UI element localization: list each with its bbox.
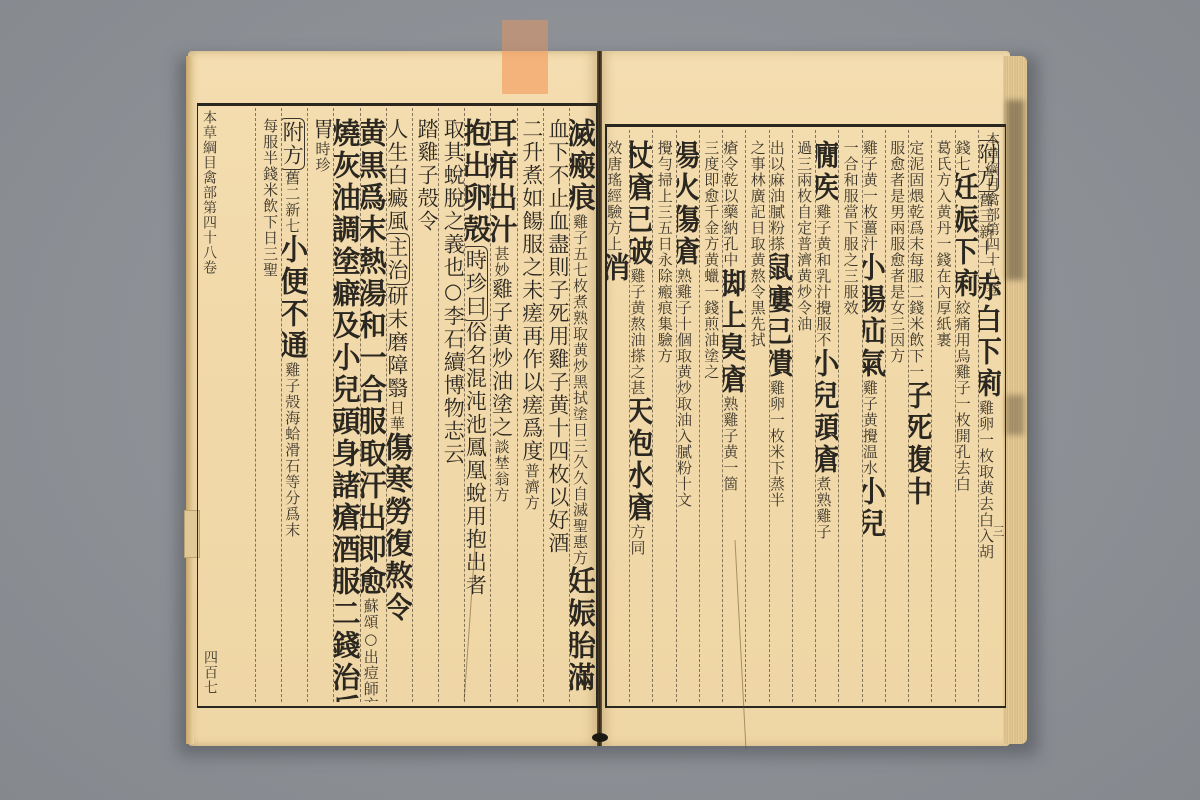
text-column: 二升煮如餳服之未瘥再作以瘥爲度普濟方 — [517, 108, 543, 702]
text-column: 血下不止血盡則子死用雞子黄十四枚以好酒 — [543, 108, 569, 702]
text-column: 服愈者是男兩服愈者是女三因方 — [885, 130, 908, 702]
text-segment: 過三兩枚自定 — [795, 140, 813, 236]
text-segment: 千金方 — [702, 204, 720, 252]
text-segment: 俗名混沌池鳳凰蛻用抱出者 — [464, 321, 487, 597]
section-label: 附方 — [978, 140, 999, 192]
entry-heading: 湯火傷瘡 — [676, 140, 699, 268]
text-segment: 之 — [749, 140, 767, 156]
text-segment: 聖惠方 — [571, 518, 589, 566]
text-segment: 熟雞子十個取黄炒取油入膩粉十文 — [676, 268, 693, 508]
left-margin-page-number: 四百七 — [200, 650, 220, 695]
text-column: 踏雞子殻令 — [412, 108, 438, 702]
text-segment: 普濟 — [795, 236, 813, 268]
entry-heading: 脚上臭瘡 — [722, 268, 745, 396]
fore-edge-stain — [1006, 395, 1024, 435]
entry-heading: 消 — [606, 252, 629, 284]
text-segment: 雞子黄炒油塗之 — [490, 278, 513, 439]
text-segment: 舊二新七 — [283, 170, 301, 234]
text-segment: 日取黄熬令黒先拭 — [749, 220, 767, 348]
entry-heading: 黄黒爲末熱湯和一合服取汗出即愈 — [360, 118, 386, 598]
text-column: 定泥固煨乾爲末每服二錢米飲下一子死腹中 — [908, 130, 931, 702]
text-segment: 雞子黄攪温水 — [862, 380, 879, 476]
text-column: 燒灰油調塗癖及小兒頭身諸瘡酒服二錢治反 — [333, 108, 359, 702]
text-column: 抱出卵殻時珍曰俗名混沌池鳳凰蛻用抱出者 — [464, 108, 490, 702]
text-column: 附方舊三新十一赤白下痢雞卵一枚取黄去白入胡 — [978, 130, 1001, 702]
text-segment: 定泥固煨乾爲末每服二錢米飲下一 — [908, 140, 925, 380]
text-segment: 日華 — [388, 400, 406, 432]
text-segment: 血下不止血盡則子死用雞子黄十四枚以好酒 — [546, 118, 569, 555]
entry-heading: 赤白下痢 — [978, 272, 1001, 400]
text-column: 過三兩枚自定普濟黄炒令油 — [792, 130, 815, 702]
text-column: 一合和服當下服之三服效 — [838, 130, 861, 702]
text-column: 取其蛻脫之義也○李石續博物志云 — [438, 108, 464, 702]
entry-heading: 鼠瘻已潰 — [769, 252, 792, 380]
text-segment: 雞子黄一枚薑汁 — [862, 140, 879, 252]
text-column: 黄黒爲末熱湯和一合服取汗出即愈蘇頌○出痘師方 — [360, 108, 386, 702]
text-column: 三度即愈千金方黄蠟一錢煎油塗之 — [699, 130, 722, 702]
text-column: 每服半錢米飲下日三聖 — [255, 108, 281, 702]
entry-heading: 妊娠下痢 — [955, 172, 978, 300]
text-column: 耳疳出汁甚妙雞子黄炒油塗之談埜翁方 — [490, 108, 516, 702]
text-segment: 甚妙 — [493, 246, 511, 278]
text-column: 效唐瑤經驗方上消 — [606, 130, 629, 702]
entry-heading: 癇疾 — [815, 140, 838, 204]
text-segment: 服愈者是男兩服愈者是女 — [888, 140, 906, 316]
text-column: 攪勻掃上三五日永除瘢痕集驗方 — [652, 130, 675, 702]
text-segment: 雞子五七枚煮熟取黄炒黑拭 — [571, 214, 589, 406]
text-column: 杖瘡已破雞子黄熬油搽之甚天泡水瘡方同 — [629, 130, 652, 702]
entry-heading: 杖瘡已破 — [629, 140, 652, 268]
entry-heading: 子死腹中 — [908, 380, 931, 508]
entry-heading: 小兒 — [862, 476, 885, 540]
text-segment: 黄蠟一錢煎油塗之 — [702, 252, 720, 380]
text-segment: 出以麻油膩粉搽 — [769, 140, 786, 252]
entry-heading: 抱出卵殻 — [464, 118, 490, 246]
entry-heading: 耳疳出汁 — [490, 118, 516, 246]
entry-heading: 滅瘢痕 — [569, 118, 595, 214]
text-segment: 攪勻掃上三五日永除瘢痕 — [656, 140, 674, 316]
entry-heading: 天泡水瘡 — [629, 396, 652, 524]
binding-hole — [592, 733, 608, 742]
left-page-edge — [186, 56, 194, 744]
text-segment: 黄炒令油 — [795, 268, 813, 332]
text-segment: 三度即愈 — [702, 140, 720, 204]
text-segment: 每服半錢米飲下日三 — [261, 118, 279, 262]
text-segment: 事林廣記 — [749, 156, 767, 220]
text-segment: 雞卵一枚米下蒸半 — [769, 380, 786, 508]
text-column: 滅瘢痕雞子五七枚煮熟取黄炒黑拭塗日三久久自滅聖惠方妊娠胎滿 — [569, 108, 595, 702]
text-segment: 雞子黄和乳汁攪服不 — [815, 204, 832, 348]
text-segment: 入黄丹一錢在內厚紙裹 — [935, 188, 953, 348]
text-segment: 雞子黄熬油搽之甚 — [629, 268, 646, 396]
section-label: 附方 — [281, 118, 305, 170]
text-segment: 服之三服效 — [842, 236, 860, 316]
entry-heading: 妊娠胎滿 — [569, 566, 595, 694]
text-segment: 聖 — [261, 262, 279, 278]
text-segment: 一合和服當下 — [842, 140, 860, 236]
left-margin-title: 本草綱目禽部第四十八卷 — [199, 110, 219, 410]
text-column: 湯火傷瘡熟雞子十個取黄炒取油入膩粉十文 — [676, 130, 699, 702]
fore-edge-stain — [1006, 100, 1024, 280]
text-segment: 胃 — [310, 118, 333, 141]
text-segment: 方同 — [629, 524, 646, 556]
entry-heading: 小腸疝氣 — [862, 252, 885, 380]
entry-heading: 小兒頭瘡 — [815, 348, 838, 476]
text-column: 出以麻油膩粉搽鼠瘻已潰雞卵一枚米下蒸半 — [769, 130, 792, 702]
text-segment: 唐瑤經驗方 — [606, 156, 623, 236]
section-label: 主治 — [386, 233, 410, 285]
text-segment: 瘡令乾以藥納孔中 — [722, 140, 739, 268]
text-segment: 葛氏方 — [935, 140, 953, 188]
text-segment: 談埜翁方 — [493, 439, 511, 503]
text-column: 錢七妊娠下痢絞痛用烏雞子一枚開孔去白 — [955, 130, 978, 702]
text-segment: 效 — [606, 140, 623, 156]
text-segment: 時珍 — [313, 141, 331, 173]
right-page-columns: 附方舊三新十一赤白下痢雞卵一枚取黄去白入胡錢七妊娠下痢絞痛用烏雞子一枚開孔去白葛… — [606, 130, 1001, 702]
text-segment: 舊三新十一 — [978, 192, 995, 272]
text-segment: 蘇頌○出 — [362, 598, 380, 665]
text-segment: 雞卵一枚取黄去白入胡 — [978, 400, 995, 560]
text-segment: 踏雞子殻令 — [415, 118, 438, 233]
text-segment: 塗日三久久自滅 — [571, 406, 589, 518]
collection-seal-stamp-lower — [502, 52, 548, 94]
text-segment: 普濟方 — [523, 463, 541, 511]
text-segment: 煮熟雞子 — [815, 476, 832, 540]
text-column: 瘡令乾以藥納孔中脚上臭瘡熟雞子黄一箇 — [722, 130, 745, 702]
left-page-columns: 滅瘢痕雞子五七枚煮熟取黄炒黑拭塗日三久久自滅聖惠方妊娠胎滿血下不止血盡則子死用雞… — [255, 108, 595, 702]
text-segment: 絞痛用烏雞子一枚開孔去白 — [955, 300, 972, 492]
text-segment: 三因方 — [888, 316, 906, 364]
section-label: 時珍曰 — [464, 246, 488, 321]
text-segment: 研末磨障翳 — [386, 285, 409, 400]
text-column: 之事林廣記日取黄熬令黒先拭 — [745, 130, 768, 702]
text-segment: 熟雞子黄一箇 — [722, 396, 739, 492]
text-segment: 人生白癜風 — [386, 118, 409, 233]
text-column: 葛氏方入黄丹一錢在內厚紙裹 — [931, 130, 954, 702]
text-column: 人生白癜風主治研末磨障翳日華傷寒勞復熬令 — [386, 108, 412, 702]
text-segment: 錢七 — [955, 140, 972, 172]
text-segment: 集驗方 — [656, 316, 674, 364]
entry-heading: 小便不通 — [281, 234, 307, 362]
text-segment: 痘師方 — [362, 665, 380, 702]
text-column: 附方舊二新七小便不通雞子殻海蛤滑石等分爲末 — [281, 108, 307, 702]
text-column: 胃時珍 — [307, 108, 333, 702]
entry-heading: 燒灰油調塗癖及小兒頭身諸瘡酒服二錢治反 — [333, 118, 359, 702]
entry-heading: 傷寒勞復熬令 — [386, 432, 412, 624]
text-segment: 雞子殻海蛤滑石等分爲末 — [283, 362, 301, 538]
text-column: 癇疾雞子黄和乳汁攪服不小兒頭瘡煮熟雞子 — [815, 130, 838, 702]
text-segment: 二升煮如餳服之未瘥再作以瘥爲度 — [520, 118, 543, 463]
text-segment: 上 — [606, 236, 623, 252]
text-column: 雞子黄一枚薑汁小腸疝氣雞子黄攪温水小兒 — [862, 130, 885, 702]
text-segment: 取其蛻脫之義也○李石續博物志云 — [441, 118, 464, 466]
